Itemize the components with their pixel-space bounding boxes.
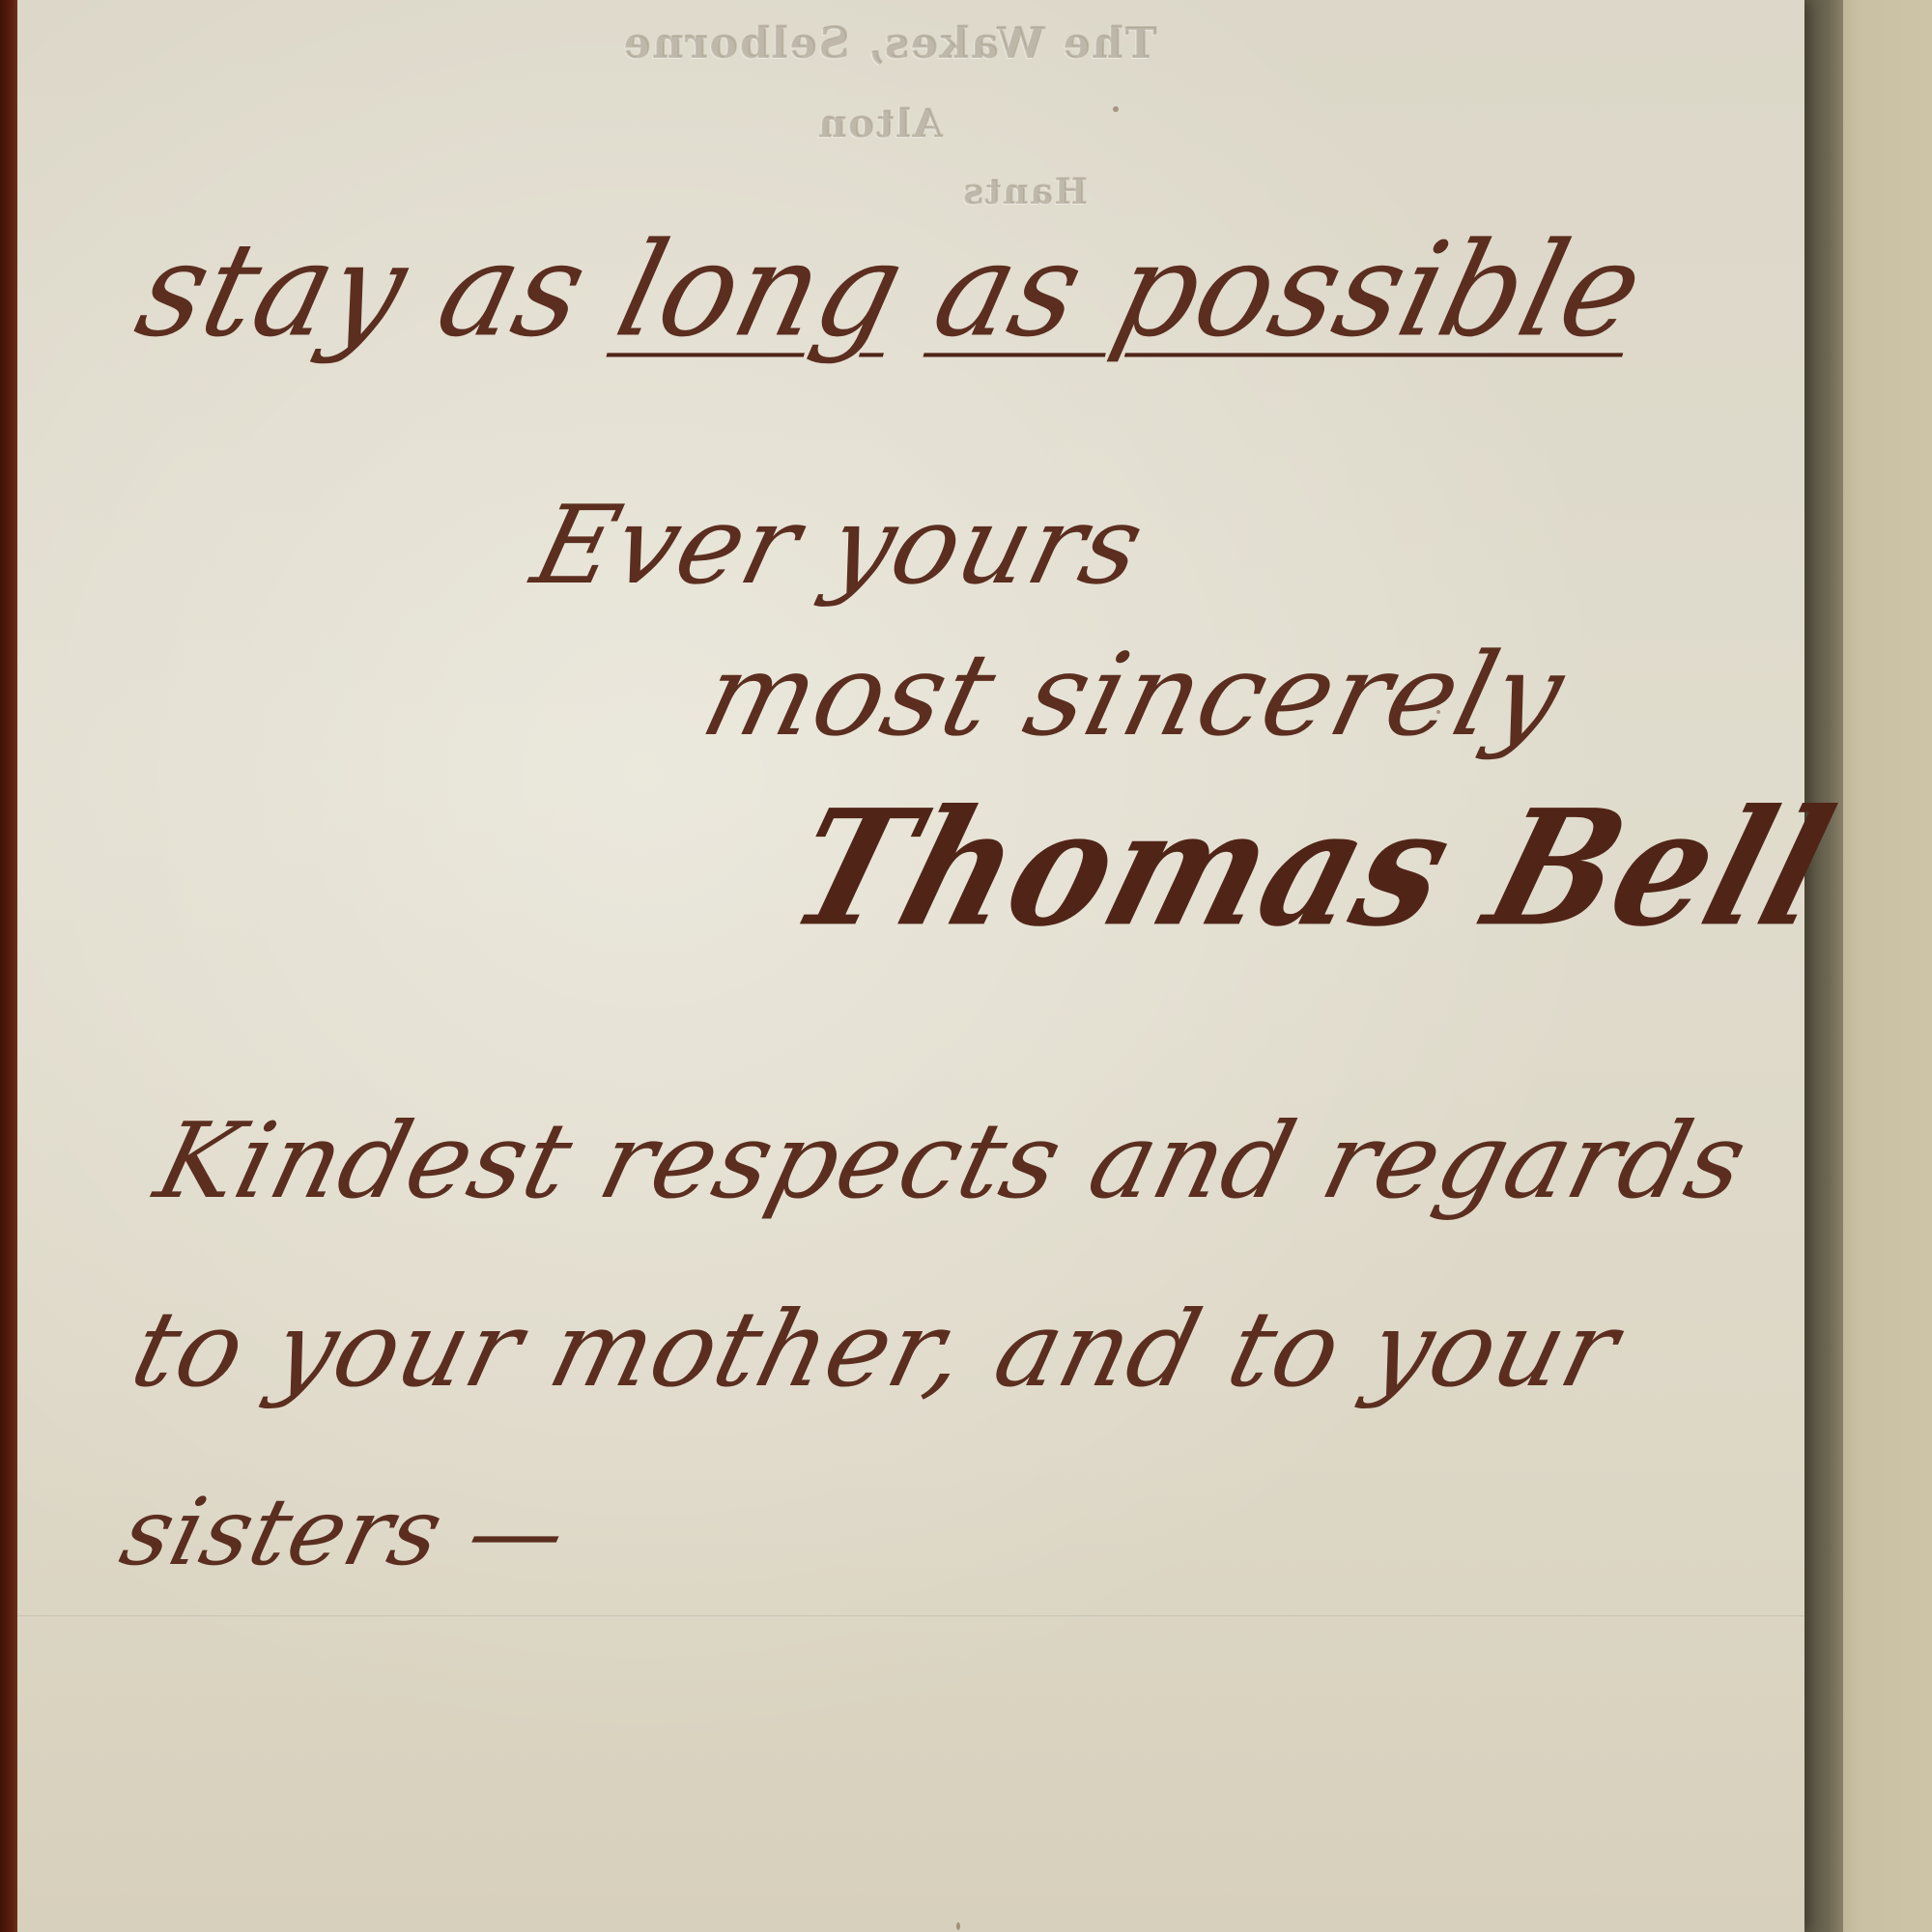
postscript-line-2: to your mother, and to your xyxy=(121,1290,1631,1410)
letterhead-line-county: Hants xyxy=(773,172,1275,213)
paper-speck xyxy=(1113,106,1119,112)
postscript-line-3: sisters — xyxy=(111,1478,578,1586)
page-gutter-shadow xyxy=(1804,0,1843,1932)
embossed-letterhead: The Wakes, Selborne Alton Hants xyxy=(541,19,1275,213)
closing-line: stay as long as possible xyxy=(124,215,1658,366)
valediction-most-sincerely: most sincerely xyxy=(691,628,1577,761)
underlined-as-possible: as possible xyxy=(921,215,1658,366)
closing-text: stay as long as possible xyxy=(124,215,1658,366)
postscript-line-1: Kindest respects and regards xyxy=(145,1101,1758,1222)
letterhead-line-address: The Wakes, Selborne xyxy=(541,19,1236,69)
paper-speck xyxy=(1436,710,1440,714)
letter-photo: The Wakes, Selborne Alton Hants stay as … xyxy=(0,0,1932,1932)
underlined-long: long xyxy=(604,215,918,366)
signature: Thomas Bell xyxy=(773,775,1851,962)
binding-edge xyxy=(0,0,19,1932)
paper-speck xyxy=(956,1922,960,1930)
valediction-ever-yours: Ever yours xyxy=(522,483,1156,609)
paper-fold-line xyxy=(17,1615,1804,1618)
